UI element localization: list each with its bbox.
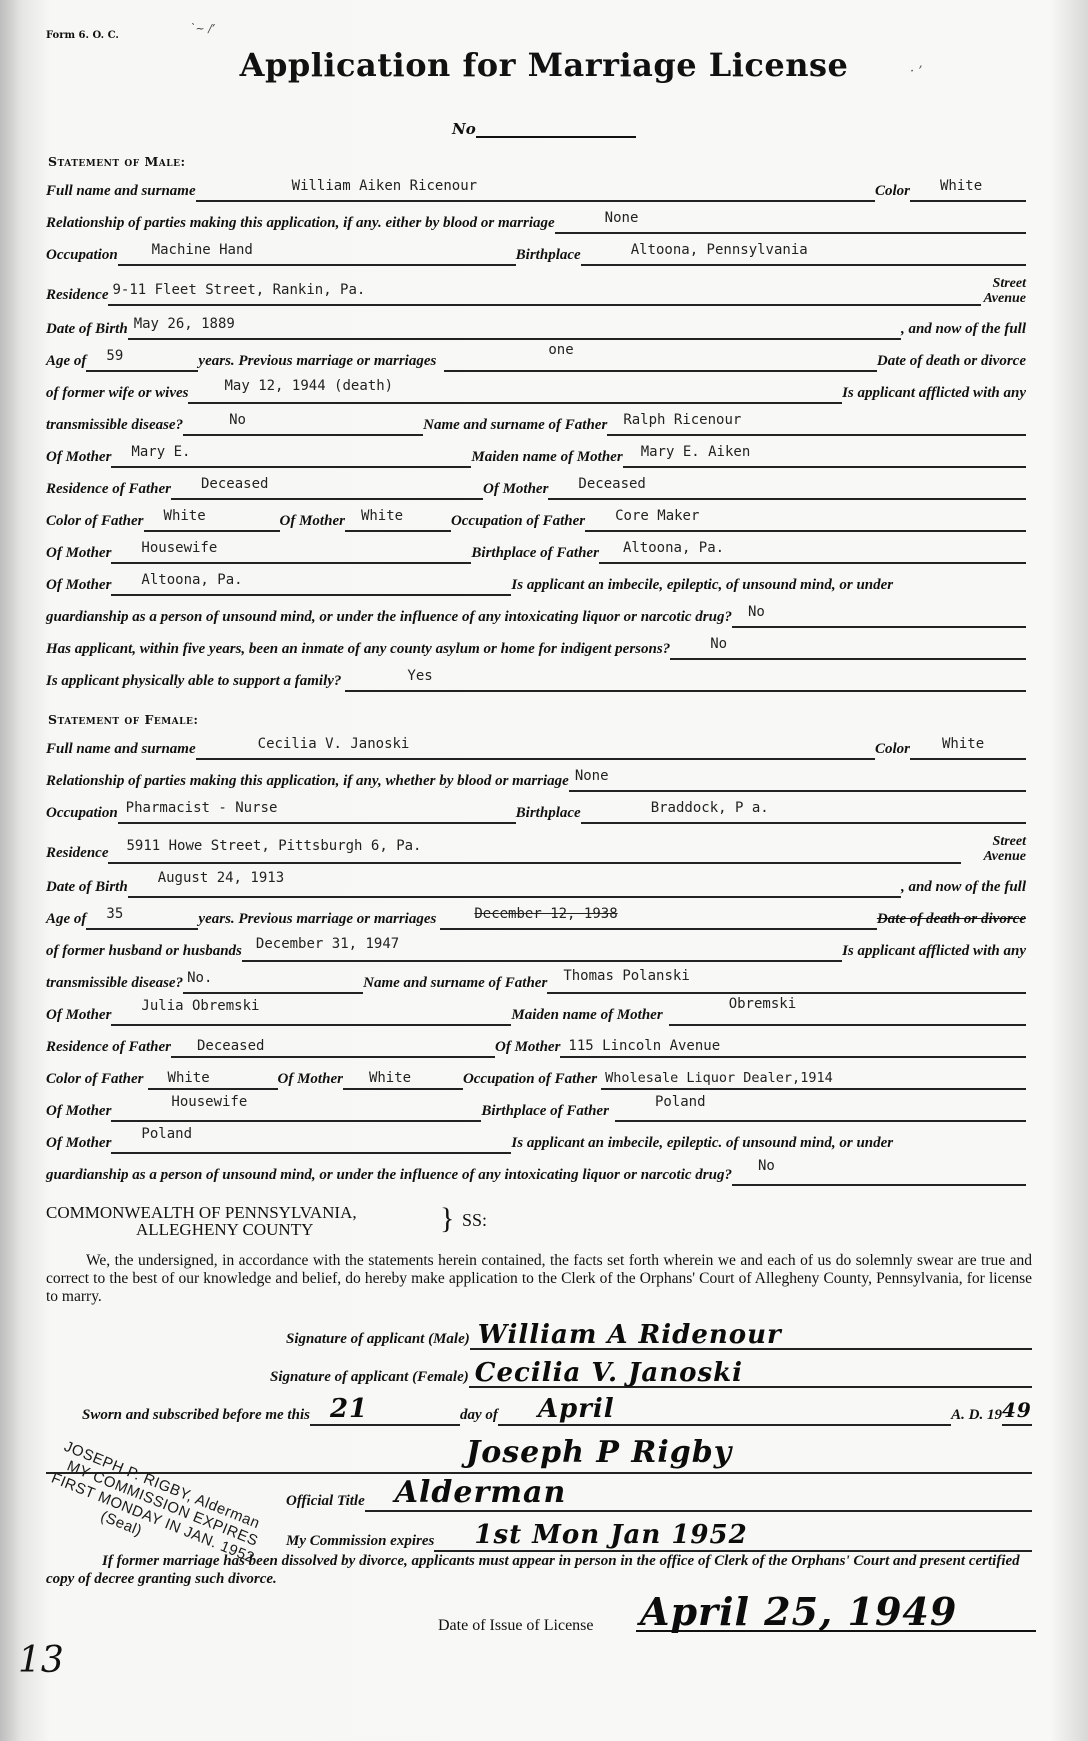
value: Mary E. — [131, 444, 190, 460]
female-age-field[interactable]: 35 — [86, 904, 198, 930]
label: Residence — [46, 845, 108, 864]
male-mother-name-field[interactable]: Mary E. — [111, 442, 471, 468]
female-residence-row: Residence 5911 Howe Street, Pittsburgh 6… — [46, 830, 1026, 864]
male-occ-mother-row: Of Mother Housewife Birthplace of Father… — [46, 538, 1026, 564]
female-birth-father-field[interactable]: Poland — [615, 1096, 1026, 1122]
label: Birthplace — [516, 805, 581, 824]
label: Birthplace — [516, 247, 581, 266]
label: years. Previous marriage or marriages — [198, 911, 436, 930]
label: Is applicant afflicted with any — [842, 385, 1026, 404]
value: Cecilia V. Janoski — [258, 736, 410, 752]
value: Deceased — [201, 476, 268, 492]
value: No — [758, 1158, 775, 1174]
value: White — [361, 508, 403, 524]
value: White — [942, 736, 984, 752]
female-occupation-row: Occupation Pharmacist - Nurse Birthplace… — [46, 798, 1026, 824]
label: day of — [460, 1407, 498, 1426]
female-residence-parents-row: Residence of Father Deceased Of Mother 1… — [46, 1032, 1026, 1058]
male-color-parents-row: Color of Father White Of Mother White Oc… — [46, 506, 1026, 532]
male-signature: William A Ridenour — [478, 1320, 782, 1350]
value: 35 — [106, 906, 123, 922]
male-color-father-field[interactable]: White — [144, 506, 280, 532]
value: Poland — [655, 1094, 706, 1110]
street-label: Street — [993, 834, 1026, 849]
male-mother-maiden-field[interactable]: Mary E. Aiken — [623, 442, 1026, 468]
female-disease-field[interactable]: No. — [183, 968, 363, 994]
oath-paragraph: We, the undersigned, in accordance with … — [46, 1252, 1032, 1306]
value: Obremski — [729, 996, 796, 1012]
male-birth-father-field[interactable]: Altoona, Pa. — [599, 538, 1026, 564]
label: Full name and surname — [46, 741, 196, 760]
value: 9-11 Fleet Street, Rankin, Pa. — [112, 282, 365, 298]
value: None — [575, 768, 609, 784]
label: Residence of Father — [46, 1039, 171, 1058]
label: Is applicant an imbecile, epileptic, of … — [511, 577, 893, 596]
official-signature-field[interactable]: Joseph P Rigby — [46, 1448, 1032, 1474]
male-imbecile-row: guardianship as a person of unsound mind… — [46, 602, 1026, 628]
label: Relationship of parties making this appl… — [46, 215, 555, 234]
label: of former husband or husbands — [46, 943, 242, 962]
value: May 12, 1944 (death) — [224, 378, 393, 394]
label: Date of Birth — [46, 321, 128, 340]
margin-note: 13 — [18, 1640, 64, 1681]
female-occ-father-field[interactable]: Wholesale Liquor Dealer,1914 — [601, 1064, 1026, 1090]
official-title: Alderman — [395, 1475, 567, 1510]
female-imbecile-row: guardianship as a person of unsound mind… — [46, 1160, 1026, 1186]
female-occ-mother-row: Of Mother Housewife Birthplace of Father… — [46, 1096, 1026, 1122]
label: Color of Father — [46, 1071, 144, 1090]
female-full-name-field[interactable]: Cecilia V. Janoski — [196, 734, 875, 760]
sworn-day-field[interactable]: 21 — [310, 1400, 460, 1426]
female-mother-name-field[interactable]: Julia Obremski — [111, 1000, 511, 1026]
male-name-row: Full name and surname William Aiken Rice… — [46, 176, 1026, 202]
label: Occupation — [46, 247, 118, 266]
female-former-spouse-row: of former husband or husbands December 3… — [46, 936, 1026, 962]
label: Signature of applicant (Female) — [270, 1369, 469, 1388]
male-support-field[interactable]: Yes — [345, 666, 1026, 692]
value: Mary E. Aiken — [641, 444, 751, 460]
label: guardianship as a person of unsound mind… — [46, 609, 732, 628]
label: guardianship as a person of unsound mind… — [46, 1167, 732, 1186]
label: Of Mother — [46, 577, 111, 596]
sworn-month: April — [538, 1394, 615, 1424]
label: Of Mother — [46, 1103, 111, 1122]
value: White — [369, 1070, 411, 1086]
label: Name and surname of Father — [363, 975, 547, 994]
male-birth-mother-row: Of Mother Altoona, Pa. Is applicant an i… — [46, 570, 1026, 596]
male-age-field[interactable]: 59 — [86, 346, 198, 372]
value: Altoona, Pennsylvania — [631, 242, 808, 258]
value: December 12, 1938 — [474, 906, 617, 922]
official-signature: Joseph P Rigby — [466, 1435, 732, 1470]
female-former-spouse-field[interactable]: December 31, 1947 — [242, 936, 842, 962]
sworn-day: 21 — [330, 1394, 368, 1424]
value: White — [164, 508, 206, 524]
female-name-row: Full name and surname Cecilia V. Janoski… — [46, 734, 1026, 760]
label: Age of — [46, 911, 86, 930]
label: Birthplace of Father — [481, 1103, 609, 1122]
venue-brace: } — [440, 1202, 454, 1236]
female-signature: Cecilia V. Janoski — [475, 1358, 743, 1388]
male-relationship-field[interactable]: None — [555, 208, 1026, 234]
value: Wholesale Liquor Dealer,1914 — [605, 1070, 833, 1086]
label: Official Title — [286, 1493, 365, 1512]
value: Yes — [407, 668, 432, 684]
female-mother-maiden-field[interactable]: Obremski — [669, 1000, 1026, 1026]
document-title: Application for Marriage License — [0, 46, 1088, 84]
male-previous-marriages-field[interactable]: one — [444, 346, 877, 372]
value: Thomas Polanski — [563, 968, 689, 984]
label: Is applicant physically able to support … — [46, 673, 341, 692]
license-number: No — [452, 120, 636, 138]
label: Of Mother — [495, 1039, 560, 1058]
value: 5911 Howe Street, Pittsburgh 6, Pa. — [126, 838, 421, 854]
male-former-spouse-row: of former wife or wives May 12, 1944 (de… — [46, 378, 1026, 404]
label: Date of death or divorce — [877, 353, 1026, 372]
pencil-annotation: `~ /’ — [190, 22, 215, 35]
male-disease-row: transmissible disease? No Name and surna… — [46, 410, 1026, 436]
venue-county: ALLEGHENY COUNTY — [136, 1221, 313, 1239]
male-disease-field[interactable]: No — [183, 410, 423, 436]
label: transmissible disease? — [46, 417, 183, 436]
label: years. Previous marriage or marriages — [198, 353, 436, 372]
sworn-year-field[interactable]: 49 — [1002, 1400, 1032, 1426]
value: one — [548, 342, 573, 358]
value: Altoona, Pa. — [141, 572, 242, 588]
value: No — [229, 412, 246, 428]
value: Braddock, P a. — [651, 800, 769, 816]
female-color-field[interactable]: White — [910, 734, 1026, 760]
label: Is applicant afflicted with any — [842, 943, 1026, 962]
label: Sworn and subscribed before me this — [82, 1407, 310, 1426]
value: Pharmacist - Nurse — [126, 800, 278, 816]
male-occupation-row: Occupation Machine Hand Birthplace Altoo… — [46, 240, 1026, 266]
label: Birthplace of Father — [471, 545, 599, 564]
female-dob-row: Date of Birth August 24, 1913 , and now … — [46, 872, 1026, 898]
male-support-row: Is applicant physically able to support … — [46, 666, 1026, 692]
sworn-year: 49 — [1002, 1398, 1032, 1422]
male-section-title: Statement of Male: — [48, 154, 186, 169]
label: Of Mother — [46, 449, 111, 468]
value: No. — [187, 970, 212, 986]
commission-expires-field[interactable]: 1st Mon Jan 1952 — [434, 1526, 1032, 1552]
value: William Aiken Ricenour — [292, 178, 477, 194]
value: Machine Hand — [152, 242, 253, 258]
label: Of Mother — [280, 513, 345, 532]
value: Altoona, Pa. — [623, 540, 724, 556]
female-relationship-row: Relationship of parties making this appl… — [46, 766, 1026, 792]
label: Of Mother — [46, 1007, 111, 1026]
label: Of Mother — [46, 545, 111, 564]
female-res-father-field[interactable]: Deceased — [171, 1032, 495, 1058]
label: Color of Father — [46, 513, 144, 532]
official-title-field[interactable]: Alderman — [365, 1486, 1032, 1512]
female-disease-row: transmissible disease? No. Name and surn… — [46, 968, 1026, 994]
male-full-name-field[interactable]: William Aiken Ricenour — [196, 176, 875, 202]
male-occ-father-field[interactable]: Core Maker — [585, 506, 1026, 532]
male-birthplace-field[interactable]: Altoona, Pennsylvania — [581, 240, 1026, 266]
license-number-field[interactable] — [476, 120, 636, 138]
label: Residence — [46, 287, 108, 306]
female-mother-row: Of Mother Julia Obremski Maiden name of … — [46, 1000, 1026, 1026]
street-avenue-label: StreetAvenue — [981, 834, 1026, 864]
label: Occupation — [46, 805, 118, 824]
label: My Commission expires — [286, 1533, 434, 1552]
label: Of Mother — [483, 481, 548, 500]
value: White — [168, 1070, 210, 1086]
female-birth-mother-row: Of Mother Poland Is applicant an imbecil… — [46, 1128, 1026, 1154]
document-page: Form 6. O. C. `~ /’ · ’ Application for … — [0, 0, 1088, 1741]
label: Occupation of Father — [463, 1071, 597, 1090]
male-signature-row: Signature of applicant (Male) William A … — [286, 1320, 1032, 1350]
venue-ss: SS: — [462, 1210, 487, 1231]
male-color-field[interactable]: White — [910, 176, 1026, 202]
label: Name and surname of Father — [423, 417, 607, 436]
label: A. D. 19 — [951, 1407, 1002, 1426]
male-birth-mother-field[interactable]: Altoona, Pa. — [111, 570, 511, 596]
male-dob-row: Date of Birth May 26, 1889 , and now of … — [46, 314, 1026, 340]
female-signature-field[interactable]: Cecilia V. Janoski — [469, 1362, 1032, 1388]
label: transmissible disease? — [46, 975, 183, 994]
label: Residence of Father — [46, 481, 171, 500]
value: Deceased — [578, 476, 645, 492]
commission-expires: 1st Mon Jan 1952 — [474, 1520, 747, 1550]
female-father-name-field[interactable]: Thomas Polanski — [547, 968, 1026, 994]
label: Of Mother — [278, 1071, 343, 1090]
male-color-mother-field[interactable]: White — [345, 506, 451, 532]
male-residence-row: Residence 9-11 Fleet Street, Rankin, Pa.… — [46, 272, 1026, 306]
value: August 24, 1913 — [158, 870, 284, 886]
female-color-father-field[interactable]: White — [148, 1064, 278, 1090]
label: of former wife or wives — [46, 385, 188, 404]
male-relationship-row: Relationship of parties making this appl… — [46, 208, 1026, 234]
male-former-spouse-field[interactable]: May 12, 1944 (death) — [188, 378, 842, 404]
label: Is applicant an imbecile, epileptic. of … — [511, 1135, 893, 1154]
label: Date of death or divorce — [877, 911, 1026, 930]
label: Full name and surname — [46, 183, 196, 202]
female-previous-marriages-field[interactable]: December 12, 1938 — [440, 904, 877, 930]
female-birthplace-field[interactable]: Braddock, P a. — [581, 798, 1026, 824]
female-imbecile-field[interactable]: No — [732, 1160, 1026, 1186]
male-residence-parents-row: Residence of Father Deceased Of Mother D… — [46, 474, 1026, 500]
sworn-month-field[interactable]: April — [498, 1400, 951, 1426]
female-section-title: Statement of Female: — [48, 712, 198, 727]
male-age-row: Age of 59 years. Previous marriage or ma… — [46, 346, 1026, 372]
form-number: Form 6. O. C. — [46, 30, 119, 41]
value: No — [748, 604, 765, 620]
label: Of Mother — [46, 1135, 111, 1154]
label: , and now of the full — [901, 879, 1026, 898]
label: Relationship of parties making this appl… — [46, 773, 569, 792]
male-res-mother-field[interactable]: Deceased — [548, 474, 1026, 500]
value: White — [940, 178, 982, 194]
male-occupation-field[interactable]: Machine Hand — [118, 240, 516, 266]
official-signature-row: Joseph P Rigby — [46, 1442, 1032, 1474]
issue-date-field[interactable]: April 25, 1949 — [636, 1580, 1036, 1632]
value: Deceased — [197, 1038, 264, 1054]
label: Color — [875, 183, 910, 202]
female-color-parents-row: Color of Father White Of Mother White Oc… — [46, 1064, 1026, 1090]
male-occ-mother-field[interactable]: Housewife — [111, 538, 471, 564]
male-residence-field[interactable]: 9-11 Fleet Street, Rankin, Pa. — [108, 280, 981, 306]
label: Occupation of Father — [451, 513, 585, 532]
issue-date: April 25, 1949 — [640, 1589, 957, 1634]
value: May 26, 1889 — [134, 316, 235, 332]
value: 115 Lincoln Avenue — [568, 1038, 720, 1054]
label: Age of — [46, 353, 86, 372]
commission-row: My Commission expires 1st Mon Jan 1952 — [286, 1520, 1032, 1552]
street-avenue-label: StreetAvenue — [981, 276, 1026, 306]
value: No — [710, 636, 727, 652]
label: Maiden name of Mother — [471, 449, 622, 468]
female-relationship-field[interactable]: None — [569, 766, 1026, 792]
male-signature-field[interactable]: William A Ridenour — [470, 1324, 1032, 1350]
male-father-name-field[interactable]: Ralph Ricenour — [607, 410, 1026, 436]
value: None — [605, 210, 639, 226]
male-res-father-field[interactable]: Deceased — [171, 474, 483, 500]
official-title-row: Official Title Alderman — [286, 1480, 1032, 1512]
value: Ralph Ricenour — [623, 412, 741, 428]
female-occupation-field[interactable]: Pharmacist - Nurse — [118, 798, 516, 824]
female-signature-row: Signature of applicant (Female) Cecilia … — [270, 1358, 1032, 1388]
label: , and now of the full — [901, 321, 1026, 340]
value: Housewife — [141, 540, 217, 556]
male-asylum-field[interactable]: No — [670, 634, 1026, 660]
value: Poland — [141, 1126, 192, 1142]
avenue-label: Avenue — [983, 849, 1026, 864]
female-res-mother-field[interactable]: 115 Lincoln Avenue — [560, 1032, 1026, 1058]
male-imbecile-field[interactable]: No — [732, 602, 1026, 628]
avenue-label: Avenue — [983, 291, 1026, 306]
death-struck: Date of death or divorce — [877, 911, 1026, 927]
street-label: Street — [993, 276, 1026, 291]
female-birth-mother-field[interactable]: Poland — [111, 1128, 511, 1154]
value: 59 — [106, 348, 123, 364]
label: Signature of applicant (Male) — [286, 1331, 470, 1350]
female-age-row: Age of 35 years. Previous marriage or ma… — [46, 904, 1026, 930]
value: Housewife — [171, 1094, 247, 1110]
value: Julia Obremski — [141, 998, 259, 1014]
female-occ-mother-field[interactable]: Housewife — [111, 1096, 481, 1122]
value: December 31, 1947 — [256, 936, 399, 952]
sworn-row: Sworn and subscribed before me this 21 d… — [82, 1396, 1032, 1426]
issue-date-label: Date of Issue of License — [438, 1617, 594, 1635]
label: Maiden name of Mother — [511, 1007, 662, 1026]
male-asylum-row: Has applicant, within five years, been a… — [46, 634, 1026, 660]
male-dob-field[interactable]: May 26, 1889 — [128, 314, 901, 340]
label: Color — [875, 741, 910, 760]
male-mother-row: Of Mother Mary E. Maiden name of Mother … — [46, 442, 1026, 468]
label: Date of Birth — [46, 879, 128, 898]
female-dob-field[interactable]: August 24, 1913 — [128, 872, 901, 898]
value: Core Maker — [615, 508, 699, 524]
license-number-label: No — [452, 120, 476, 138]
female-residence-field[interactable]: 5911 Howe Street, Pittsburgh 6, Pa. — [108, 838, 961, 864]
female-color-mother-field[interactable]: White — [343, 1064, 463, 1090]
label: Has applicant, within five years, been a… — [46, 641, 670, 660]
